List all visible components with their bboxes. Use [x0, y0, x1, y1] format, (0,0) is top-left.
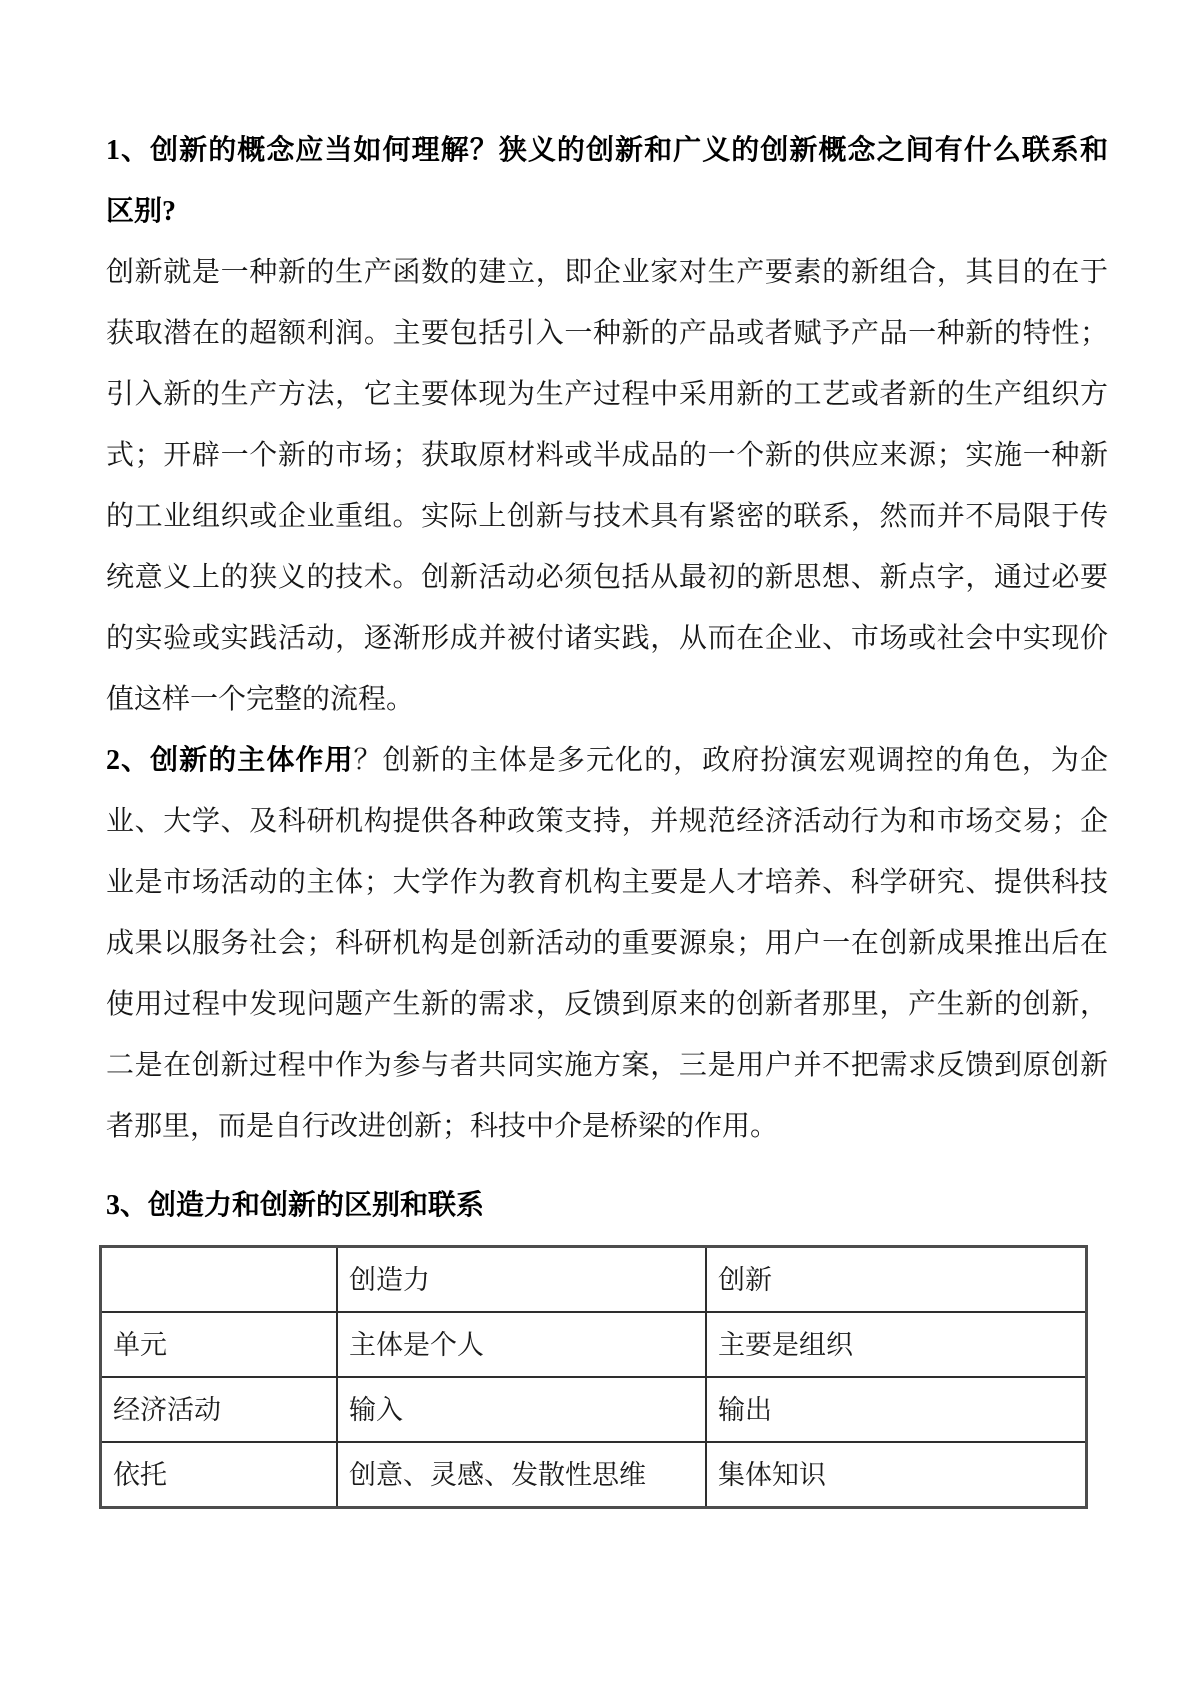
table-cell: 创意、灵感、发散性思维: [337, 1442, 706, 1508]
table-cell-row-label: 依托: [101, 1442, 338, 1508]
table-header-cell-creativity: 创造力: [337, 1247, 706, 1313]
table-row: 经济活动 输入 输出: [101, 1377, 1087, 1442]
q2-body-line: 使用过程中发现问题产生新的需求，反馈到原来的创新者那里，产生新的创新，: [106, 974, 1108, 1035]
question-2-heading: 2、创新的主体作用: [106, 745, 354, 776]
q2-lead-line: 2、创新的主体作用？创新的主体是多元化的，政府扮演宏观调控的角色，为企: [106, 730, 1108, 791]
q1-body-line: 的工业组织或企业重组。实际上创新与技术具有紧密的联系，然而并不局限于传: [106, 486, 1108, 547]
table-header-cell-innovation: 创新: [706, 1247, 1087, 1313]
q2-body-line: 业、大学、及科研机构提供各种政策支持，并规范经济活动行为和市场交易；企: [106, 791, 1108, 852]
q2-body-line: 二是在创新过程中作为参与者共同实施方案，三是用户并不把需求反馈到原创新: [106, 1035, 1108, 1096]
q2-lead-text: ？创新的主体是多元化的，政府扮演宏观调控的角色，为企: [354, 745, 1108, 776]
table-cell: 输出: [706, 1377, 1087, 1442]
table-header-cell-empty: [101, 1247, 338, 1313]
document-page: 1、创新的概念应当如何理解？狭义的创新和广义的创新概念之间有什么联系和 区别? …: [0, 0, 1190, 1683]
q1-body-line: 引入新的生产方法，它主要体现为生产过程中采用新的工艺或者新的生产组织方: [106, 364, 1108, 425]
q1-body-line-last: 值这样一个完整的流程。: [106, 669, 1108, 730]
question-1-heading-line-1: 1、创新的概念应当如何理解？狭义的创新和广义的创新概念之间有什么联系和: [106, 120, 1108, 181]
comparison-table: 创造力 创新 单元 主体是个人 主要是组织 经济活动 输入 输出 依托 创意、灵…: [99, 1245, 1088, 1509]
table-cell-row-label: 经济活动: [101, 1377, 338, 1442]
q1-body-line: 统意义上的狭义的技术。创新活动必须包括从最初的新思想、新点字，通过必要: [106, 547, 1108, 608]
question-3-heading: 3、创造力和创新的区别和联系: [106, 1175, 1108, 1236]
table-cell-row-label: 单元: [101, 1312, 338, 1377]
q1-body-line: 创新就是一种新的生产函数的建立，即企业家对生产要素的新组合，其目的在于: [106, 242, 1108, 303]
q1-body-line: 获取潜在的超额利润。主要包括引入一种新的产品或者赋予产品一种新的特性；: [106, 303, 1108, 364]
q1-body-line: 的实验或实践活动，逐渐形成并被付诸实践，从而在企业、市场或社会中实现价: [106, 608, 1108, 669]
table-cell: 主体是个人: [337, 1312, 706, 1377]
text-column: 1、创新的概念应当如何理解？狭义的创新和广义的创新概念之间有什么联系和 区别? …: [106, 120, 1108, 1509]
question-1-heading-line-2: 区别?: [106, 181, 1108, 242]
q2-body-line: 成果以服务社会；科研机构是创新活动的重要源泉；用户一在创新成果推出后在: [106, 913, 1108, 974]
q2-body-line: 业是市场活动的主体；大学作为教育机构主要是人才培养、科学研究、提供科技: [106, 852, 1108, 913]
table-cell: 主要是组织: [706, 1312, 1087, 1377]
table-header-row: 创造力 创新: [101, 1247, 1087, 1313]
table-cell: 输入: [337, 1377, 706, 1442]
table-row: 依托 创意、灵感、发散性思维 集体知识: [101, 1442, 1087, 1508]
q1-body-line: 式；开辟一个新的市场；获取原材料或半成品的一个新的供应来源；实施一种新: [106, 425, 1108, 486]
q2-body-line-last: 者那里，而是自行改进创新；科技中介是桥梁的作用。: [106, 1096, 1108, 1157]
table-row: 单元 主体是个人 主要是组织: [101, 1312, 1087, 1377]
table-cell: 集体知识: [706, 1442, 1087, 1508]
